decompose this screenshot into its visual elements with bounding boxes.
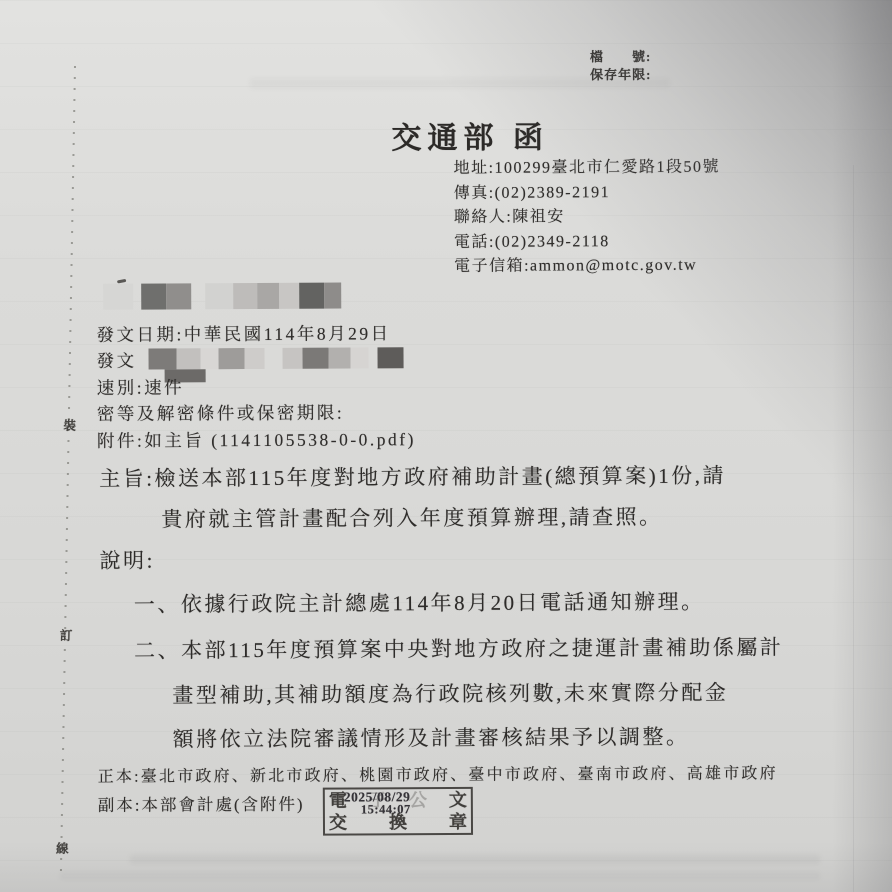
- redaction-block: [328, 348, 350, 369]
- subject-line-1: 主旨:檢送本部115年度對地方政府補助計畫(總預算案)1份,請: [99, 460, 726, 493]
- stamp-char: 公: [409, 789, 427, 811]
- letter-content: 裝 訂 線 檔 號: 保存年限: 交通部 函 地址:100299臺北市仁愛路1段…: [0, 0, 892, 892]
- redaction-block: [166, 283, 191, 309]
- redacted-recipient: [103, 283, 341, 315]
- redaction-block: [176, 349, 200, 370]
- contact-person-line: 聯絡人:陳祖安: [454, 205, 721, 231]
- explanation-item-1: 一、依據行政院主計總處114年8月20日電話通知辦理。: [134, 586, 705, 619]
- doc-number-prefix: 發文: [96, 351, 136, 371]
- binding-mark-ding: 訂: [58, 626, 74, 644]
- electronic-exchange-stamp: 電 子 公 文 交 換 章 2025/08/29 15:44:07: [323, 787, 473, 836]
- document-meta-block: 發文日期:中華民國114年8月29日 發文 速別:速件 密等及解密條件或保密期限…: [96, 320, 416, 454]
- redaction-block: [257, 283, 279, 309]
- speed-line: 速別:速件: [97, 373, 416, 401]
- redaction-block: [244, 348, 264, 369]
- redaction-block: [141, 283, 166, 309]
- redaction-block: [377, 348, 403, 369]
- binding-dotted-line: [60, 66, 76, 880]
- email-line: 電子信箱:ammon@motc.gov.tw: [454, 254, 721, 280]
- redaction-block: [103, 284, 133, 310]
- redaction-block: [324, 283, 341, 309]
- redaction-row: [138, 348, 403, 370]
- attachment-line: 附件:如主旨 (1141105538-0-0.pdf): [97, 426, 416, 454]
- secrecy-line: 密等及解密條件或保密期限:: [97, 399, 416, 427]
- stamp-char: 文: [449, 789, 467, 811]
- redaction-block: [282, 348, 302, 369]
- phone-line: 電話:(02)2349-2118: [454, 229, 721, 255]
- doc-number-line: 發文: [96, 347, 415, 375]
- redaction-block: [200, 349, 218, 370]
- document-title: 交通部 函: [391, 112, 549, 157]
- redaction-block: [279, 283, 299, 309]
- explanation-item-2-line-1: 二、本部115年度預算案中央對地方政府之捷運計畫補助係屬計: [134, 631, 783, 664]
- redaction-block: [148, 349, 176, 370]
- fax-line: 傳真:(02)2389-2191: [454, 180, 721, 206]
- copy-recipients-line: 副本:本部會計處(含附件): [98, 791, 305, 816]
- scanned-letter-page: 裝 訂 線 檔 號: 保存年限: 交通部 函 地址:100299臺北市仁愛路1段…: [0, 0, 892, 892]
- agency-contact-block: 地址:100299臺北市仁愛路1段50號 傳真:(02)2389-2191 聯絡…: [453, 156, 720, 280]
- address-line: 地址:100299臺北市仁愛路1段50號: [453, 156, 720, 182]
- binding-mark-xian: 線: [54, 839, 70, 857]
- file-number-label: 檔 號:: [590, 48, 651, 66]
- redaction-block: [205, 283, 233, 309]
- redaction-block: [299, 283, 324, 309]
- binding-mark-zhuang: 裝: [62, 416, 78, 434]
- retention-period-label: 保存年限:: [590, 66, 651, 84]
- redaction-row: [103, 283, 341, 315]
- redaction-block: [218, 348, 244, 369]
- subject-line-2: 貴府就主管計畫配合列入年度預算辦理,請查照。: [161, 501, 662, 534]
- issue-date-line: 發文日期:中華民國114年8月29日: [96, 320, 415, 348]
- binding-margin: 裝 訂 線: [54, 66, 84, 880]
- explanation-item-2-line-2: 畫型補助,其補助額度為行政院核列數,未來實際分配金: [172, 677, 728, 710]
- stamp-char: 章: [449, 811, 467, 833]
- stamp-time: 15:44:07: [361, 802, 411, 817]
- explanation-item-2-line-3: 額將依立法院審議情形及計畫審核結果予以調整。: [172, 721, 689, 754]
- redaction-block: [302, 348, 328, 369]
- redaction-block: [233, 283, 257, 309]
- stamp-char: 交: [329, 812, 347, 834]
- redaction-block: [350, 348, 368, 369]
- explanation-heading: 說明:: [100, 545, 156, 575]
- file-number-block: 檔 號: 保存年限:: [590, 48, 652, 84]
- original-recipients-line: 正本:臺北市政府、新北市政府、桃園市政府、臺中市政府、臺南市政府、高雄市政府: [98, 760, 778, 787]
